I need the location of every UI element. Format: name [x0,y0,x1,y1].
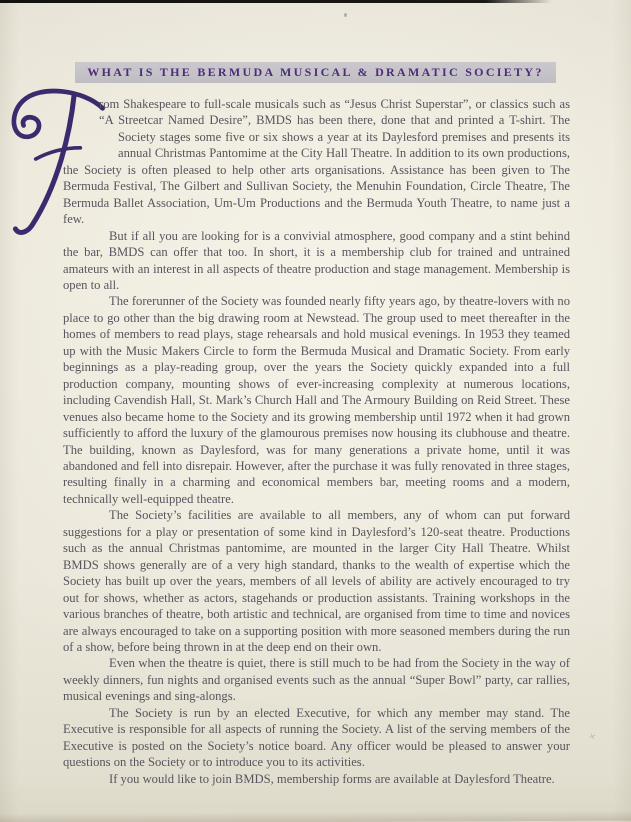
paragraph: But if all you are looking for is a conv… [63,228,570,294]
paragraph: The Society’s facilities are available t… [63,507,570,655]
scan-edge-artifact-bottom [0,811,631,822]
drop-cap-spacer [63,129,118,146]
paragraph: Even when the theatre is quiet, there is… [63,655,570,704]
drop-cap-spacer [63,96,99,129]
paragraph: If you would like to join BMDS, membersh… [63,771,570,787]
paragraph-text: rom Shakespeare to full-scale musicals s… [63,97,570,226]
paragraph: The forerunner of the Society was founde… [63,293,570,507]
section-title: WHAT IS THE BERMUDA MUSICAL & DRAMATIC S… [87,65,543,80]
paragraph: rom Shakespeare to full-scale musicals s… [63,96,570,228]
paragraph: The Society is run by an elected Executi… [63,705,570,771]
section-header-bar: WHAT IS THE BERMUDA MUSICAL & DRAMATIC S… [75,62,556,83]
pencil-mark-artifact: × [587,730,597,743]
program-page: WHAT IS THE BERMUDA MUSICAL & DRAMATIC S… [0,0,631,822]
scan-speck-artifact [344,13,347,17]
scan-edge-artifact-top [0,0,552,3]
article-body: rom Shakespeare to full-scale musicals s… [63,96,570,787]
